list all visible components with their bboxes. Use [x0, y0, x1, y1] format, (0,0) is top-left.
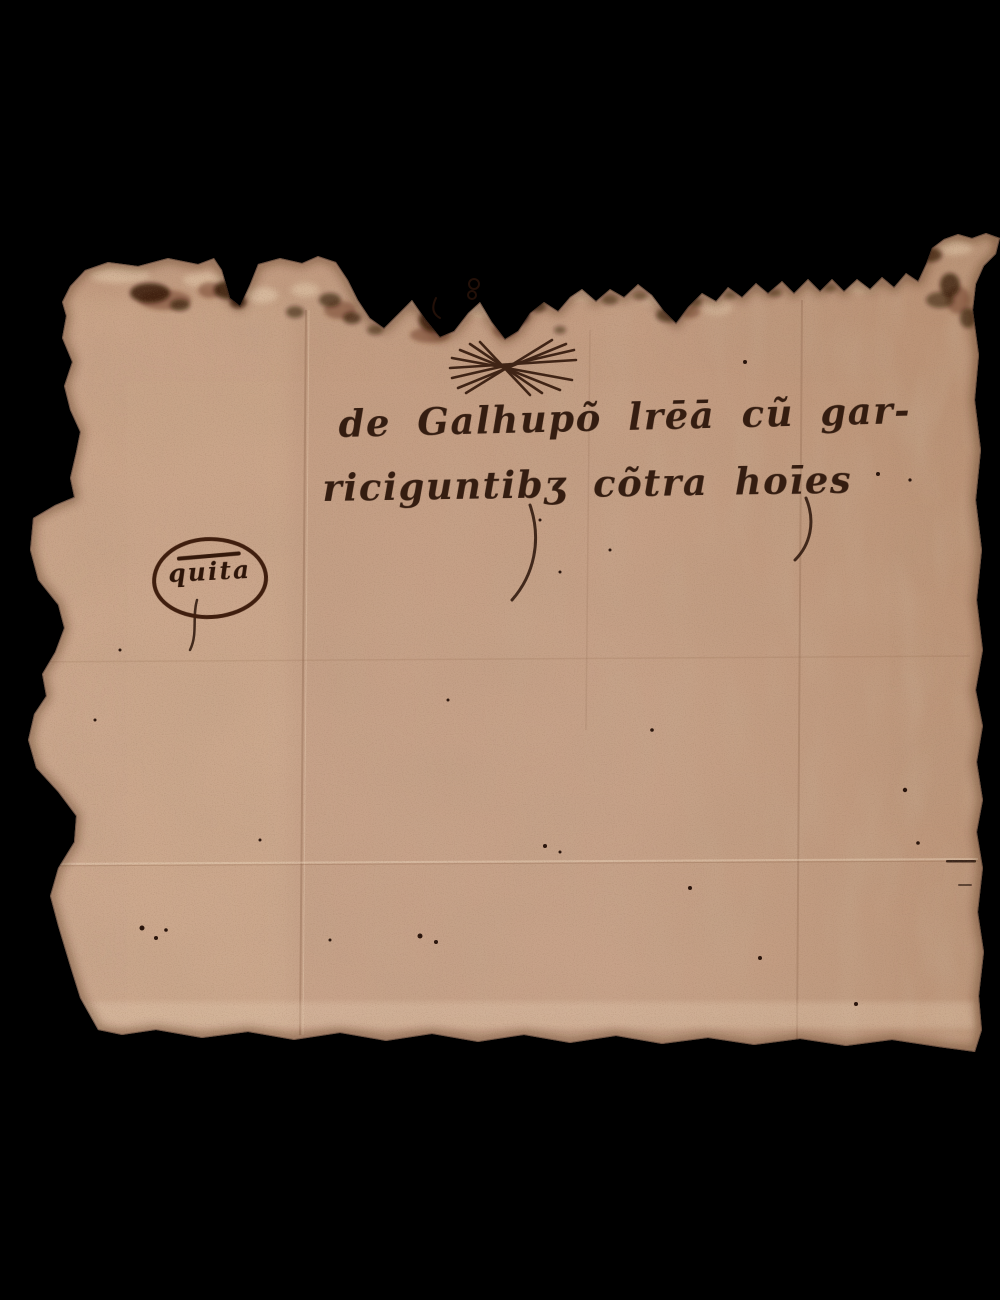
grain-layer — [15, 225, 990, 1090]
handwritten-text-line-2: riciguntibʒ cõtra hoīes — [322, 458, 853, 510]
manuscript-fragment — [0, 0, 1000, 1300]
archival-mark-text: quita — [168, 557, 252, 588]
photo-canvas: de Galhupõ lrēā cũ gar- riciguntibʒ cõtr… — [0, 0, 1000, 1300]
paper-sheet — [15, 225, 1000, 1090]
